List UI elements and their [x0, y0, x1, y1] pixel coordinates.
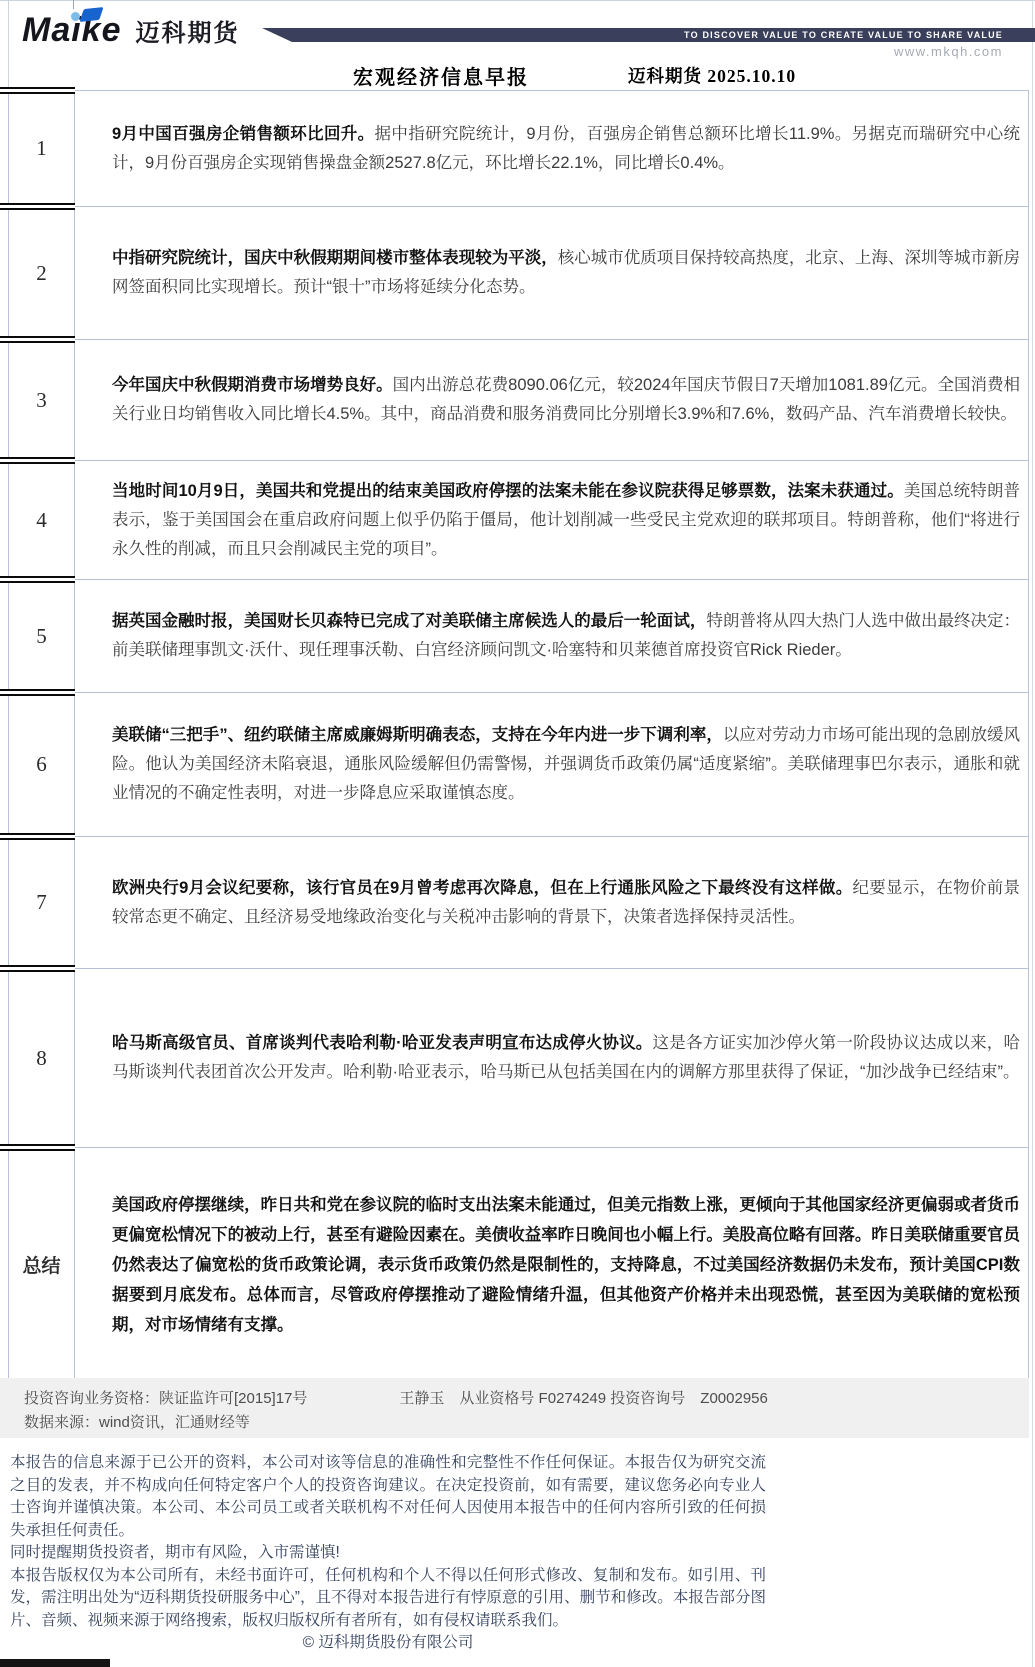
disclaimer-paragraph-1: 本报告的信息来源于已公开的资料，本公司对该等信息的准确性和完整性不作任何保证。本… — [10, 1452, 766, 1542]
news-text: 9月中国百强房企销售额环比回升。据中指研究院统计，9月份，百强房企销售总额环比增… — [75, 91, 1028, 206]
news-text: 今年国庆中秋假期消费市场增势良好。国内出游总花费8090.06亿元，较2024年… — [75, 340, 1028, 460]
news-row: 19月中国百强房企销售额环比回升。据中指研究院统计，9月份，百强房企销售总额环比… — [9, 90, 1028, 206]
news-lead: 9月中国百强房企销售额环比回升。 — [112, 125, 375, 143]
page-right-border — [1032, 0, 1033, 1667]
row-number: 5 — [9, 580, 75, 692]
report-page: Maike 迈科期货 TO DISCOVER VALUE TO CREATE V… — [0, 0, 1035, 1667]
website-url: www.mkqh.com — [894, 44, 1003, 59]
copyright-line: © 迈科期货股份有限公司 — [10, 1632, 766, 1655]
company-logo: Maike 迈科期货 — [22, 13, 240, 48]
news-lead: 今年国庆中秋假期消费市场增势良好。 — [112, 376, 393, 394]
report-title: 宏观经济信息早报 — [353, 61, 529, 90]
news-lead: 欧洲央行9月会议纪要称，该行官员在9月曾考虑再次降息，但在上行通胀风险之下最终没… — [112, 879, 852, 897]
summary-text: 美国政府停摆继续，昨日共和党在参议院的临时支出法案未能通过，但美元指数上涨，更倾… — [75, 1148, 1028, 1381]
row-number: 2 — [9, 207, 75, 339]
news-lead: 据英国金融时报，美国财长贝森特已完成了对美联储主席候选人的最后一轮面试， — [112, 612, 706, 630]
row-number: 8 — [9, 969, 75, 1147]
news-text: 当地时间10月9日，美国共和党提出的结束美国政府停摆的法案未能在参议院获得足够票… — [75, 461, 1028, 579]
news-text: 美联储“三把手”、纽约联储主席威廉姆斯明确表态，支持在今年内进一步下调利率，以应… — [75, 693, 1028, 836]
news-text: 中指研究院统计，国庆中秋假期期间楼市整体表现较为平淡，核心城市优质项目保持较高热… — [75, 207, 1028, 339]
brand-and-date: 迈科期货 2025.10.10 — [628, 63, 796, 88]
logo-company-name: 迈科期货 — [136, 13, 240, 48]
row-number: 3 — [9, 340, 75, 460]
news-text: 据英国金融时报，美国财长贝森特已完成了对美联储主席候选人的最后一轮面试，特朗普将… — [75, 580, 1028, 692]
disclaimer-paragraph-2: 同时提醒期货投资者，期市有风险，入市需谨慎! — [10, 1542, 766, 1565]
value-tagline-banner: TO DISCOVER VALUE TO CREATE VALUE TO SHA… — [262, 28, 1035, 42]
row-number: 4 — [9, 461, 75, 579]
analyst-text: 王静玉 从业资格号 F0274249 投资咨询号 Z0002956 — [399, 1390, 767, 1407]
news-row: 3今年国庆中秋假期消费市场增势良好。国内出游总花费8090.06亿元，较2024… — [9, 339, 1028, 460]
news-lead: 中指研究院统计，国庆中秋假期期间楼市整体表现较为平淡， — [112, 249, 558, 267]
license-text: 投资咨询业务资格：陕证监许可[2015]17号 — [24, 1390, 307, 1407]
news-lead: 哈马斯高级官员、首席谈判代表哈利勒·哈亚发表声明宣布达成停火协议。 — [112, 1034, 653, 1052]
page-top-border — [0, 0, 1035, 1]
news-lead: 美联储“三把手”、纽约联储主席威廉姆斯明确表态，支持在今年内进一步下调利率， — [112, 726, 723, 744]
news-row: 6美联储“三把手”、纽约联储主席威廉姆斯明确表态，支持在今年内进一步下调利率，以… — [9, 692, 1028, 836]
bottom-black-bar — [0, 1659, 110, 1667]
news-text: 哈马斯高级官员、首席谈判代表哈利勒·哈亚发表声明宣布达成停火协议。这是各方证实加… — [75, 969, 1028, 1147]
news-row: 7欧洲央行9月会议纪要称，该行官员在9月曾考虑再次降息，但在上行通胀风险之下最终… — [9, 836, 1028, 968]
data-source-text: 数据来源：wind资讯，汇通财经等 — [24, 1411, 1029, 1435]
news-row: 5据英国金融时报，美国财长贝森特已完成了对美联储主席候选人的最后一轮面试，特朗普… — [9, 579, 1028, 692]
page-left-border — [8, 0, 9, 91]
logo-lightblue-dot-icon — [71, 12, 80, 21]
news-row: 2中指研究院统计，国庆中秋假期期间楼市整体表现较为平淡，核心城市优质项目保持较高… — [9, 206, 1028, 339]
news-lead: 当地时间10月9日，美国共和党提出的结束美国政府停摆的法案未能在参议院获得足够票… — [112, 482, 904, 500]
disclaimer-paragraph-3: 本报告版权仅为本公司所有，未经书面许可，任何机构和个人不得以任何形式修改、复制和… — [10, 1565, 766, 1633]
summary-label: 总结 — [9, 1148, 75, 1381]
summary-body: 美国政府停摆继续，昨日共和党在参议院的临时支出法案未能通过，但美元指数上涨，更倾… — [112, 1196, 1020, 1334]
credentials-line1: 投资咨询业务资格：陕证监许可[2015]17号王静玉 从业资格号 F027424… — [24, 1387, 1029, 1411]
summary-row: 总结美国政府停摆继续，昨日共和党在参议院的临时支出法案未能通过，但美元指数上涨，… — [9, 1147, 1028, 1381]
news-row: 4当地时间10月9日，美国共和党提出的结束美国政府停摆的法案未能在参议院获得足够… — [9, 460, 1028, 579]
credentials-bar: 投资咨询业务资格：陕证监许可[2015]17号王静玉 从业资格号 F027424… — [0, 1378, 1029, 1438]
row-number: 1 — [9, 91, 75, 206]
column-border-tick — [73, 0, 74, 9]
row-number: 6 — [9, 693, 75, 836]
news-table: 19月中国百强房企销售额环比回升。据中指研究院统计，9月份，百强房企销售总额环比… — [8, 90, 1029, 1382]
row-number: 7 — [9, 837, 75, 968]
disclaimer: 本报告的信息来源于已公开的资料，本公司对该等信息的准确性和完整性不作任何保证。本… — [10, 1452, 766, 1655]
news-row: 8哈马斯高级官员、首席谈判代表哈利勒·哈亚发表声明宣布达成停火协议。这是各方证实… — [9, 968, 1028, 1147]
news-text: 欧洲央行9月会议纪要称，该行官员在9月曾考虑再次降息，但在上行通胀风险之下最终没… — [75, 837, 1028, 968]
